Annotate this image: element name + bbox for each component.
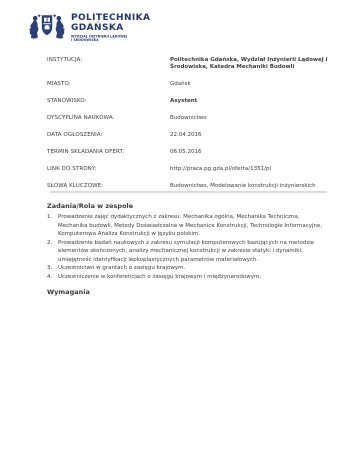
field-label: SŁOWA KLUCZOWE:	[47, 183, 170, 190]
field-row-position: STANOWISKO: Asystent	[47, 98, 331, 105]
faculty-name-line2: I ŚRODOWISKA	[71, 39, 184, 43]
field-value: Budownictwo	[170, 115, 331, 122]
pg-crest-icon	[28, 13, 66, 40]
field-label: TERMIN SKŁADANIA OFERT:	[47, 149, 170, 156]
field-value: Asystent	[170, 98, 331, 105]
field-label: DATA OGŁOSZENIA:	[47, 132, 170, 139]
field-label: DYSCYPLINA NAUKOWA:	[47, 115, 170, 122]
pg-logo: POLITECHNIKA GDAŃSKA WYDZIAŁ INŻYNIERII …	[28, 13, 179, 49]
offer-body: Zadania/Rola w zespole Prowadzenie zajęć…	[47, 202, 325, 296]
tasks-section-heading: Zadania/Rola w zespole	[47, 202, 325, 210]
field-row-keywords: SŁOWA KLUCZOWE: Budownictwo, Modelowanie…	[47, 183, 331, 190]
document-page: POLITECHNIKA GDAŃSKA WYDZIAŁ INŻYNIERII …	[0, 0, 360, 466]
offer-url-text: http://praca.pg.gda.pl/oferta/1351/pl	[170, 166, 331, 173]
pg-logo-text: POLITECHNIKA GDAŃSKA WYDZIAŁ INŻYNIERII …	[71, 13, 179, 49]
tasks-list: Prowadzenie zajęć dydaktycznych z zakres…	[47, 213, 325, 281]
field-value: Gdańsk	[170, 81, 331, 88]
field-label: MIASTO:	[47, 81, 170, 88]
section-divider	[50, 191, 327, 193]
field-label: STANOWISKO:	[47, 98, 170, 105]
field-value: Politechnika Gdańska, Wydział Inżynierii…	[170, 57, 331, 71]
task-item: Uczestniczenie w konferencjach o zasięgu…	[47, 273, 325, 282]
field-label: LINK DO STRONY:	[47, 166, 170, 173]
requirements-section-heading: Wymagania	[47, 288, 325, 296]
field-value: 06.05.2016	[170, 149, 331, 156]
field-row-website-link: LINK DO STRONY: http://praca.pg.gda.pl/o…	[47, 166, 331, 173]
field-row-deadline: TERMIN SKŁADANIA OFERT: 06.05.2016	[47, 149, 331, 156]
field-value: 22.04.2016	[170, 132, 331, 139]
field-label: INSTYTUCJA:	[47, 57, 170, 71]
job-offer-fields: INSTYTUCJA: Politechnika Gdańska, Wydzia…	[47, 57, 331, 200]
field-row-discipline: DYSCYPLINA NAUKOWA: Budownictwo	[47, 115, 331, 122]
field-row-city: MIASTO: Gdańsk	[47, 81, 331, 88]
field-value: Budownictwo, Modelowanie konstrukcji inż…	[170, 183, 331, 190]
field-row-posted-date: DATA OGŁOSZENIA: 22.04.2016	[47, 132, 331, 139]
university-name-line2: GDAŃSKA	[71, 24, 179, 34]
task-item: Uczestnictwo w grantach o zasięgu krajow…	[47, 264, 325, 273]
field-row-institution: INSTYTUCJA: Politechnika Gdańska, Wydzia…	[47, 57, 331, 71]
task-item: Prowadzenie zajęć dydaktycznych z zakres…	[47, 213, 325, 239]
task-item: Prowadzenie badań naukowych z zakresu sy…	[47, 239, 325, 265]
